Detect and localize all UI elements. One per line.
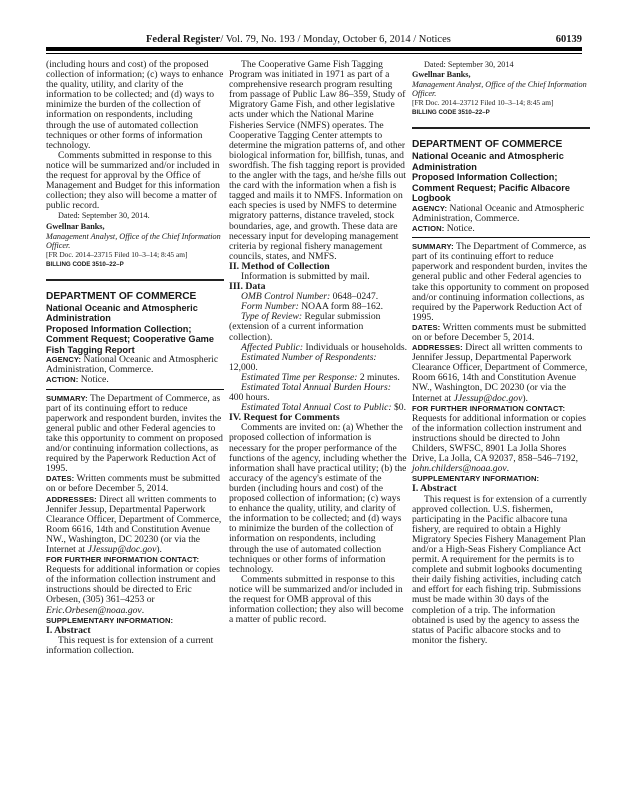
abstract-heading: I. Abstract xyxy=(412,484,590,494)
signer-title: Management Analyst, Office of the Chief … xyxy=(412,80,590,98)
fr-doc-line: [FR Doc. 2014–23715 Filed 10–3–14; 8:45 … xyxy=(46,250,224,260)
volume-info: / Vol. 79, No. 193 / Monday, October 6, … xyxy=(220,34,451,45)
addresses-email-link[interactable]: JJessup@doc.gov xyxy=(454,393,523,404)
department-heading: DEPARTMENT OF COMMERCE xyxy=(46,291,224,303)
addresses-label: ADDRESSES: xyxy=(412,343,463,352)
publication-name: Federal Register xyxy=(146,34,220,45)
abstract-text: This request is for extension of a curre… xyxy=(412,495,590,646)
addresses-end: ). xyxy=(156,544,162,555)
abstract-text: This request is for extension of a curre… xyxy=(46,636,224,656)
header-title: Federal Register/ Vol. 79, No. 193 / Mon… xyxy=(146,34,451,46)
column-3: Dated: September 30, 2014 Gwellnar Banks… xyxy=(412,60,590,646)
supplementary-label: SUPPLEMENTARY INFORMATION: xyxy=(412,474,539,483)
contact-email-link[interactable]: Eric.Orbesen@noaa.gov xyxy=(46,605,142,616)
contact-text: Requests for additional information or c… xyxy=(412,413,586,464)
data-label: Estimated Number of Respondents: xyxy=(241,352,377,363)
summary-text: The Department of Commerce, as part of i… xyxy=(46,393,223,475)
summary-label: SUMMARY: xyxy=(412,242,454,251)
document-title: Proposed Information Collection; Comment… xyxy=(412,172,590,204)
addresses-block: ADDRESSES: Direct all written comments t… xyxy=(412,343,590,404)
data-value: $0. xyxy=(392,402,406,413)
column-1: (including hours and cost) of the propos… xyxy=(46,60,224,656)
data-item-burden: Estimated Total Annual Burden Hours: 400… xyxy=(229,383,407,403)
dated-line: Dated: September 30, 2014 xyxy=(412,60,590,70)
agency-label: AGENCY: xyxy=(46,355,81,364)
dated-line: Dated: September 30, 2014. xyxy=(46,211,224,221)
action-block: ACTION: Notice. xyxy=(412,224,590,234)
notice-divider xyxy=(46,279,224,281)
summary-text: The Department of Commerce, as part of i… xyxy=(412,241,589,323)
contact-email-link[interactable]: john.childers@noaa.gov xyxy=(412,463,507,474)
agency-label: AGENCY: xyxy=(412,204,447,213)
addresses-label: ADDRESSES: xyxy=(46,495,97,504)
department-heading: DEPARTMENT OF COMMERCE xyxy=(412,139,590,151)
dates-block: DATES: Written comments must be submitte… xyxy=(46,474,224,494)
fr-doc-line: [FR Doc. 2014–23712 Filed 10–3–14; 8:45 … xyxy=(412,98,590,108)
notice-divider xyxy=(412,127,590,129)
dates-label: DATES: xyxy=(412,323,440,332)
signer-name: Gwellnar Banks, xyxy=(412,70,590,80)
agency-block: AGENCY: National Oceanic and Atmospheric… xyxy=(46,355,224,375)
agency-heading: National Oceanic and Atmospheric Adminis… xyxy=(46,303,224,324)
document-title: Proposed Information Collection; Comment… xyxy=(46,324,224,356)
column-2: The Cooperative Game Fish Tagging Progra… xyxy=(229,60,407,625)
contact-end: . xyxy=(142,605,144,616)
action-label: ACTION: xyxy=(412,224,444,233)
contact-end: . xyxy=(507,463,509,474)
contact-text: Requests for additional information or c… xyxy=(46,564,220,605)
agency-heading: National Oceanic and Atmospheric Adminis… xyxy=(412,151,590,172)
data-item-respondents: Estimated Number of Respondents: 12,000. xyxy=(229,353,407,373)
agency-block: AGENCY: National Oceanic and Atmospheric… xyxy=(412,204,590,224)
contact-block: Requests for additional information or c… xyxy=(46,565,224,615)
continued-paragraph: (including hours and cost) of the propos… xyxy=(46,60,224,151)
action-block: ACTION: Notice. xyxy=(46,375,224,385)
action-text: Notice. xyxy=(78,374,108,385)
summary-divider xyxy=(46,389,224,390)
page-number: 60139 xyxy=(556,34,582,46)
request-paragraph: Comments are invited on: (a) Whether the… xyxy=(229,423,407,574)
program-paragraph: The Cooperative Game Fish Tagging Progra… xyxy=(229,60,407,262)
action-text: Notice. xyxy=(444,223,474,234)
signer-name: Gwellnar Banks, xyxy=(46,222,224,232)
summary-label: SUMMARY: xyxy=(46,394,88,403)
comments-paragraph: Comments submitted in response to this n… xyxy=(229,575,407,625)
data-item-review: Type of Review: Regular submission (exte… xyxy=(229,312,407,342)
summary-divider xyxy=(412,237,590,238)
dates-label: DATES: xyxy=(46,474,74,483)
addresses-end: ). xyxy=(522,393,528,404)
addresses-block: ADDRESSES: Direct all written comments t… xyxy=(46,495,224,556)
summary-block: SUMMARY: The Department of Commerce, as … xyxy=(46,394,224,475)
contact-block: Requests for additional information or c… xyxy=(412,414,590,475)
billing-code: BILLING CODE 3510–22–P xyxy=(46,260,224,270)
billing-code: BILLING CODE 3510–22–P xyxy=(412,108,590,118)
contact-label: FOR FURTHER INFORMATION CONTACT: xyxy=(46,555,199,564)
summary-block: SUMMARY: The Department of Commerce, as … xyxy=(412,242,590,323)
dates-block: DATES: Written comments must be submitte… xyxy=(412,323,590,343)
header-rule-thin xyxy=(46,53,582,54)
supplementary-label: SUPPLEMENTARY INFORMATION: xyxy=(46,616,173,625)
header-rule-thick xyxy=(46,47,582,51)
addresses-email-link[interactable]: JJessup@doc.gov xyxy=(88,544,157,555)
contact-label: FOR FURTHER INFORMATION CONTACT: xyxy=(412,404,565,413)
action-label: ACTION: xyxy=(46,375,78,384)
signer-title: Management Analyst, Office of the Chief … xyxy=(46,232,224,250)
comments-paragraph: Comments submitted in response to this n… xyxy=(46,151,224,212)
